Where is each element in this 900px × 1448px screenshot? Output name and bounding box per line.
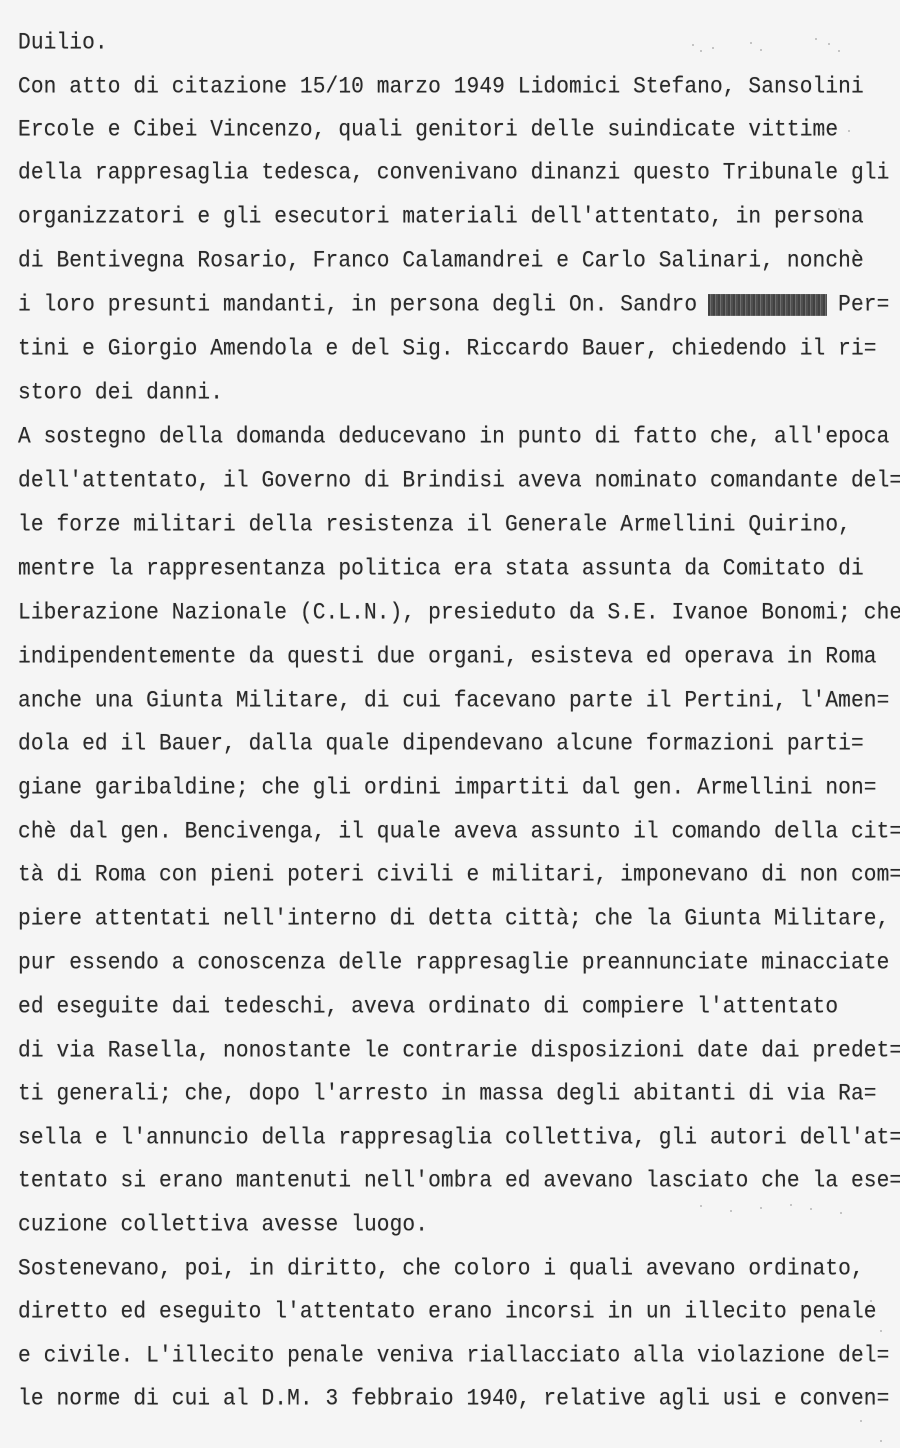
speck — [870, 1300, 872, 1302]
heading-line: Duilio. — [18, 30, 108, 56]
text-line: Liberazione Nazionale (C.L.N.), presiedu… — [18, 600, 900, 626]
text-line: sella e l'annuncio della rappresaglia co… — [18, 1125, 900, 1151]
speck — [838, 50, 840, 52]
text-line: storo dei danni. — [18, 380, 223, 406]
speck — [712, 47, 714, 49]
speck — [840, 1212, 842, 1214]
text-line: di via Rasella, nonostante le contrarie … — [18, 1038, 900, 1064]
document-page: Duilio.Con atto di citazione 15/10 marzo… — [0, 0, 900, 1448]
text-line: diretto ed eseguito l'attentato erano in… — [18, 1299, 877, 1325]
text-line: tentato si erano mantenuti nell'ombra ed… — [18, 1168, 900, 1194]
text-segment: i loro presunti mandanti, in persona deg… — [18, 292, 710, 318]
speck — [730, 1210, 732, 1212]
text-line: ed eseguite dai tedeschi, aveva ordinato… — [18, 994, 838, 1020]
speck — [880, 1440, 882, 1442]
speck — [848, 130, 850, 132]
text-line: Sostenevano, poi, in diritto, che coloro… — [18, 1256, 864, 1282]
text-line: tini e Giorgio Amendola e del Sig. Ricca… — [18, 336, 877, 362]
speck — [790, 1204, 792, 1206]
text-line: A sostegno della domanda deducevano in p… — [18, 424, 889, 450]
text-line: dola ed il Bauer, dalla quale dipendevan… — [18, 731, 864, 757]
text-line: chè dal gen. Bencivenga, il quale aveva … — [18, 819, 900, 845]
text-line: Con atto di citazione 15/10 marzo 1949 L… — [18, 74, 864, 100]
speck — [750, 42, 752, 44]
text-line: mentre la rappresentanza politica era st… — [18, 556, 864, 582]
speck — [700, 50, 702, 52]
text-line: indipendentemente da questi due organi, … — [18, 644, 877, 670]
speck — [815, 38, 817, 40]
text-line: piere attentati nell'interno di detta ci… — [18, 906, 889, 932]
text-line: di Bentivegna Rosario, Franco Calamandre… — [18, 248, 864, 274]
text-line: Ercole e Cibei Vincenzo, quali genitori … — [18, 117, 838, 143]
text-line: anche una Giunta Militare, di cui faceva… — [18, 688, 889, 714]
speck — [828, 43, 830, 45]
text-line: cuzione collettiva avesse luogo. — [18, 1212, 428, 1238]
speck — [830, 128, 832, 130]
speck — [810, 1208, 812, 1210]
speck — [880, 1330, 882, 1332]
text-line: e civile. L'illecito penale veniva riall… — [18, 1343, 889, 1369]
text-line: le forze militari della resistenza il Ge… — [18, 512, 851, 538]
text-line: della rappresaglia tedesca, convenivano … — [18, 160, 889, 186]
text-line: i loro presunti mandanti, in persona deg… — [18, 292, 889, 318]
speck — [822, 130, 824, 132]
text-line: giane garibaldine; che gli ordini impart… — [18, 775, 877, 801]
text-line: ti generali; che, dopo l'arresto in mass… — [18, 1081, 877, 1107]
struck-out-word: xxxxxxxxx — [710, 292, 825, 318]
text-line: pur essendo a conoscenza delle rappresag… — [18, 950, 889, 976]
text-line: organizzatori e gli esecutori materiali … — [18, 204, 864, 230]
speck — [860, 300, 862, 302]
text-line: dell'attentato, il Governo di Brindisi a… — [18, 468, 900, 494]
speck — [860, 1420, 862, 1422]
text-segment: Per= — [825, 292, 889, 318]
speck — [838, 208, 840, 210]
speck — [692, 44, 694, 46]
speck — [700, 1205, 702, 1207]
speck — [760, 1207, 762, 1209]
text-line: le norme di cui al D.M. 3 febbraio 1940,… — [18, 1386, 889, 1412]
speck — [760, 49, 762, 51]
text-line: tà di Roma con pieni poteri civili e mil… — [18, 862, 900, 888]
